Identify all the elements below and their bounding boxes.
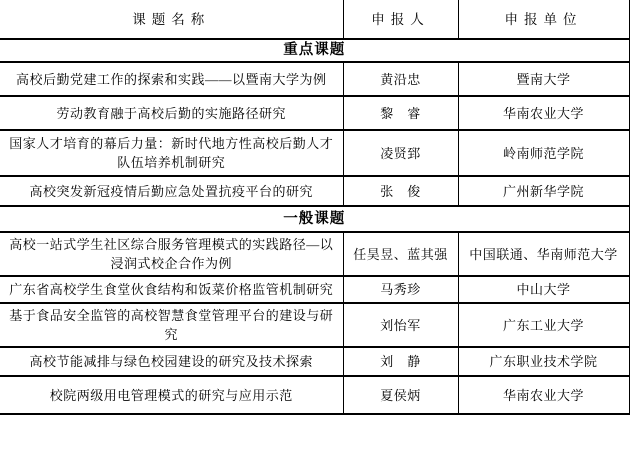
table-row: 高校一站式学生社区综合服务管理模式的实践路径—以浸润式校企合作为例 任昊昱、蓝其…	[0, 232, 629, 276]
topic-cell: 广东省高校学生食堂伙食结构和饭菜价格监管机制研究	[0, 276, 343, 303]
topic-cell: 高校突发新冠疫情后勤应急处置抗疫平台的研究	[0, 176, 343, 206]
unit-cell: 华南农业大学	[458, 96, 629, 130]
column-header-unit: 申报单位	[458, 0, 629, 39]
table-row: 高校突发新冠疫情后勤应急处置抗疫平台的研究 张 俊 广州新华学院	[0, 176, 629, 206]
topics-table: 课题名称 申报人 申报单位 重点课题 高校后勤党建工作的探索和实践——以暨南大学…	[0, 0, 630, 415]
document-page: 课题名称 申报人 申报单位 重点课题 高校后勤党建工作的探索和实践——以暨南大学…	[0, 0, 631, 452]
applicant-cell: 任昊昱、蓝其强	[343, 232, 458, 276]
table-row: 劳动教育融于高校后勤的实施路径研究 黎 睿 华南农业大学	[0, 96, 629, 130]
applicant-cell: 刘 静	[343, 347, 458, 376]
table-row: 广东省高校学生食堂伙食结构和饭菜价格监管机制研究 马秀珍 中山大学	[0, 276, 629, 303]
unit-cell: 广东职业技术学院	[458, 347, 629, 376]
topic-cell: 高校后勤党建工作的探索和实践——以暨南大学为例	[0, 62, 343, 96]
unit-cell: 岭南师范学院	[458, 130, 629, 176]
applicant-cell: 黎 睿	[343, 96, 458, 130]
table-row: 校院两级用电管理模式的研究与应用示范 夏侯炳 华南农业大学	[0, 376, 629, 414]
applicant-cell: 刘怡军	[343, 303, 458, 347]
topic-cell: 高校节能减排与绿色校园建设的研究及技术探索	[0, 347, 343, 376]
table-header-row: 课题名称 申报人 申报单位	[0, 0, 629, 39]
unit-cell: 暨南大学	[458, 62, 629, 96]
topic-cell: 国家人才培育的幕后力量：新时代地方性高校后勤人才队伍培养机制研究	[0, 130, 343, 176]
section-header-key-topics: 重点课题	[0, 39, 629, 62]
table-row: 高校后勤党建工作的探索和实践——以暨南大学为例 黄沿忠 暨南大学	[0, 62, 629, 96]
applicant-cell: 马秀珍	[343, 276, 458, 303]
applicant-cell: 夏侯炳	[343, 376, 458, 414]
section-title: 重点课题	[0, 39, 629, 62]
topic-cell: 基于食品安全监管的高校智慧食堂管理平台的建设与研究	[0, 303, 343, 347]
table-row: 高校节能减排与绿色校园建设的研究及技术探索 刘 静 广东职业技术学院	[0, 347, 629, 376]
unit-cell: 广州新华学院	[458, 176, 629, 206]
column-header-topic: 课题名称	[0, 0, 343, 39]
section-header-general-topics: 一般课题	[0, 206, 629, 232]
applicant-cell: 张 俊	[343, 176, 458, 206]
topic-cell: 高校一站式学生社区综合服务管理模式的实践路径—以浸润式校企合作为例	[0, 232, 343, 276]
unit-cell: 华南农业大学	[458, 376, 629, 414]
applicant-cell: 凌贤郅	[343, 130, 458, 176]
column-header-applicant: 申报人	[343, 0, 458, 39]
unit-cell: 广东工业大学	[458, 303, 629, 347]
table-row: 国家人才培育的幕后力量：新时代地方性高校后勤人才队伍培养机制研究 凌贤郅 岭南师…	[0, 130, 629, 176]
unit-cell: 中国联通、华南师范大学	[458, 232, 629, 276]
topic-cell: 校院两级用电管理模式的研究与应用示范	[0, 376, 343, 414]
table-row: 基于食品安全监管的高校智慧食堂管理平台的建设与研究 刘怡军 广东工业大学	[0, 303, 629, 347]
applicant-cell: 黄沿忠	[343, 62, 458, 96]
topic-cell: 劳动教育融于高校后勤的实施路径研究	[0, 96, 343, 130]
section-title: 一般课题	[0, 206, 629, 232]
unit-cell: 中山大学	[458, 276, 629, 303]
